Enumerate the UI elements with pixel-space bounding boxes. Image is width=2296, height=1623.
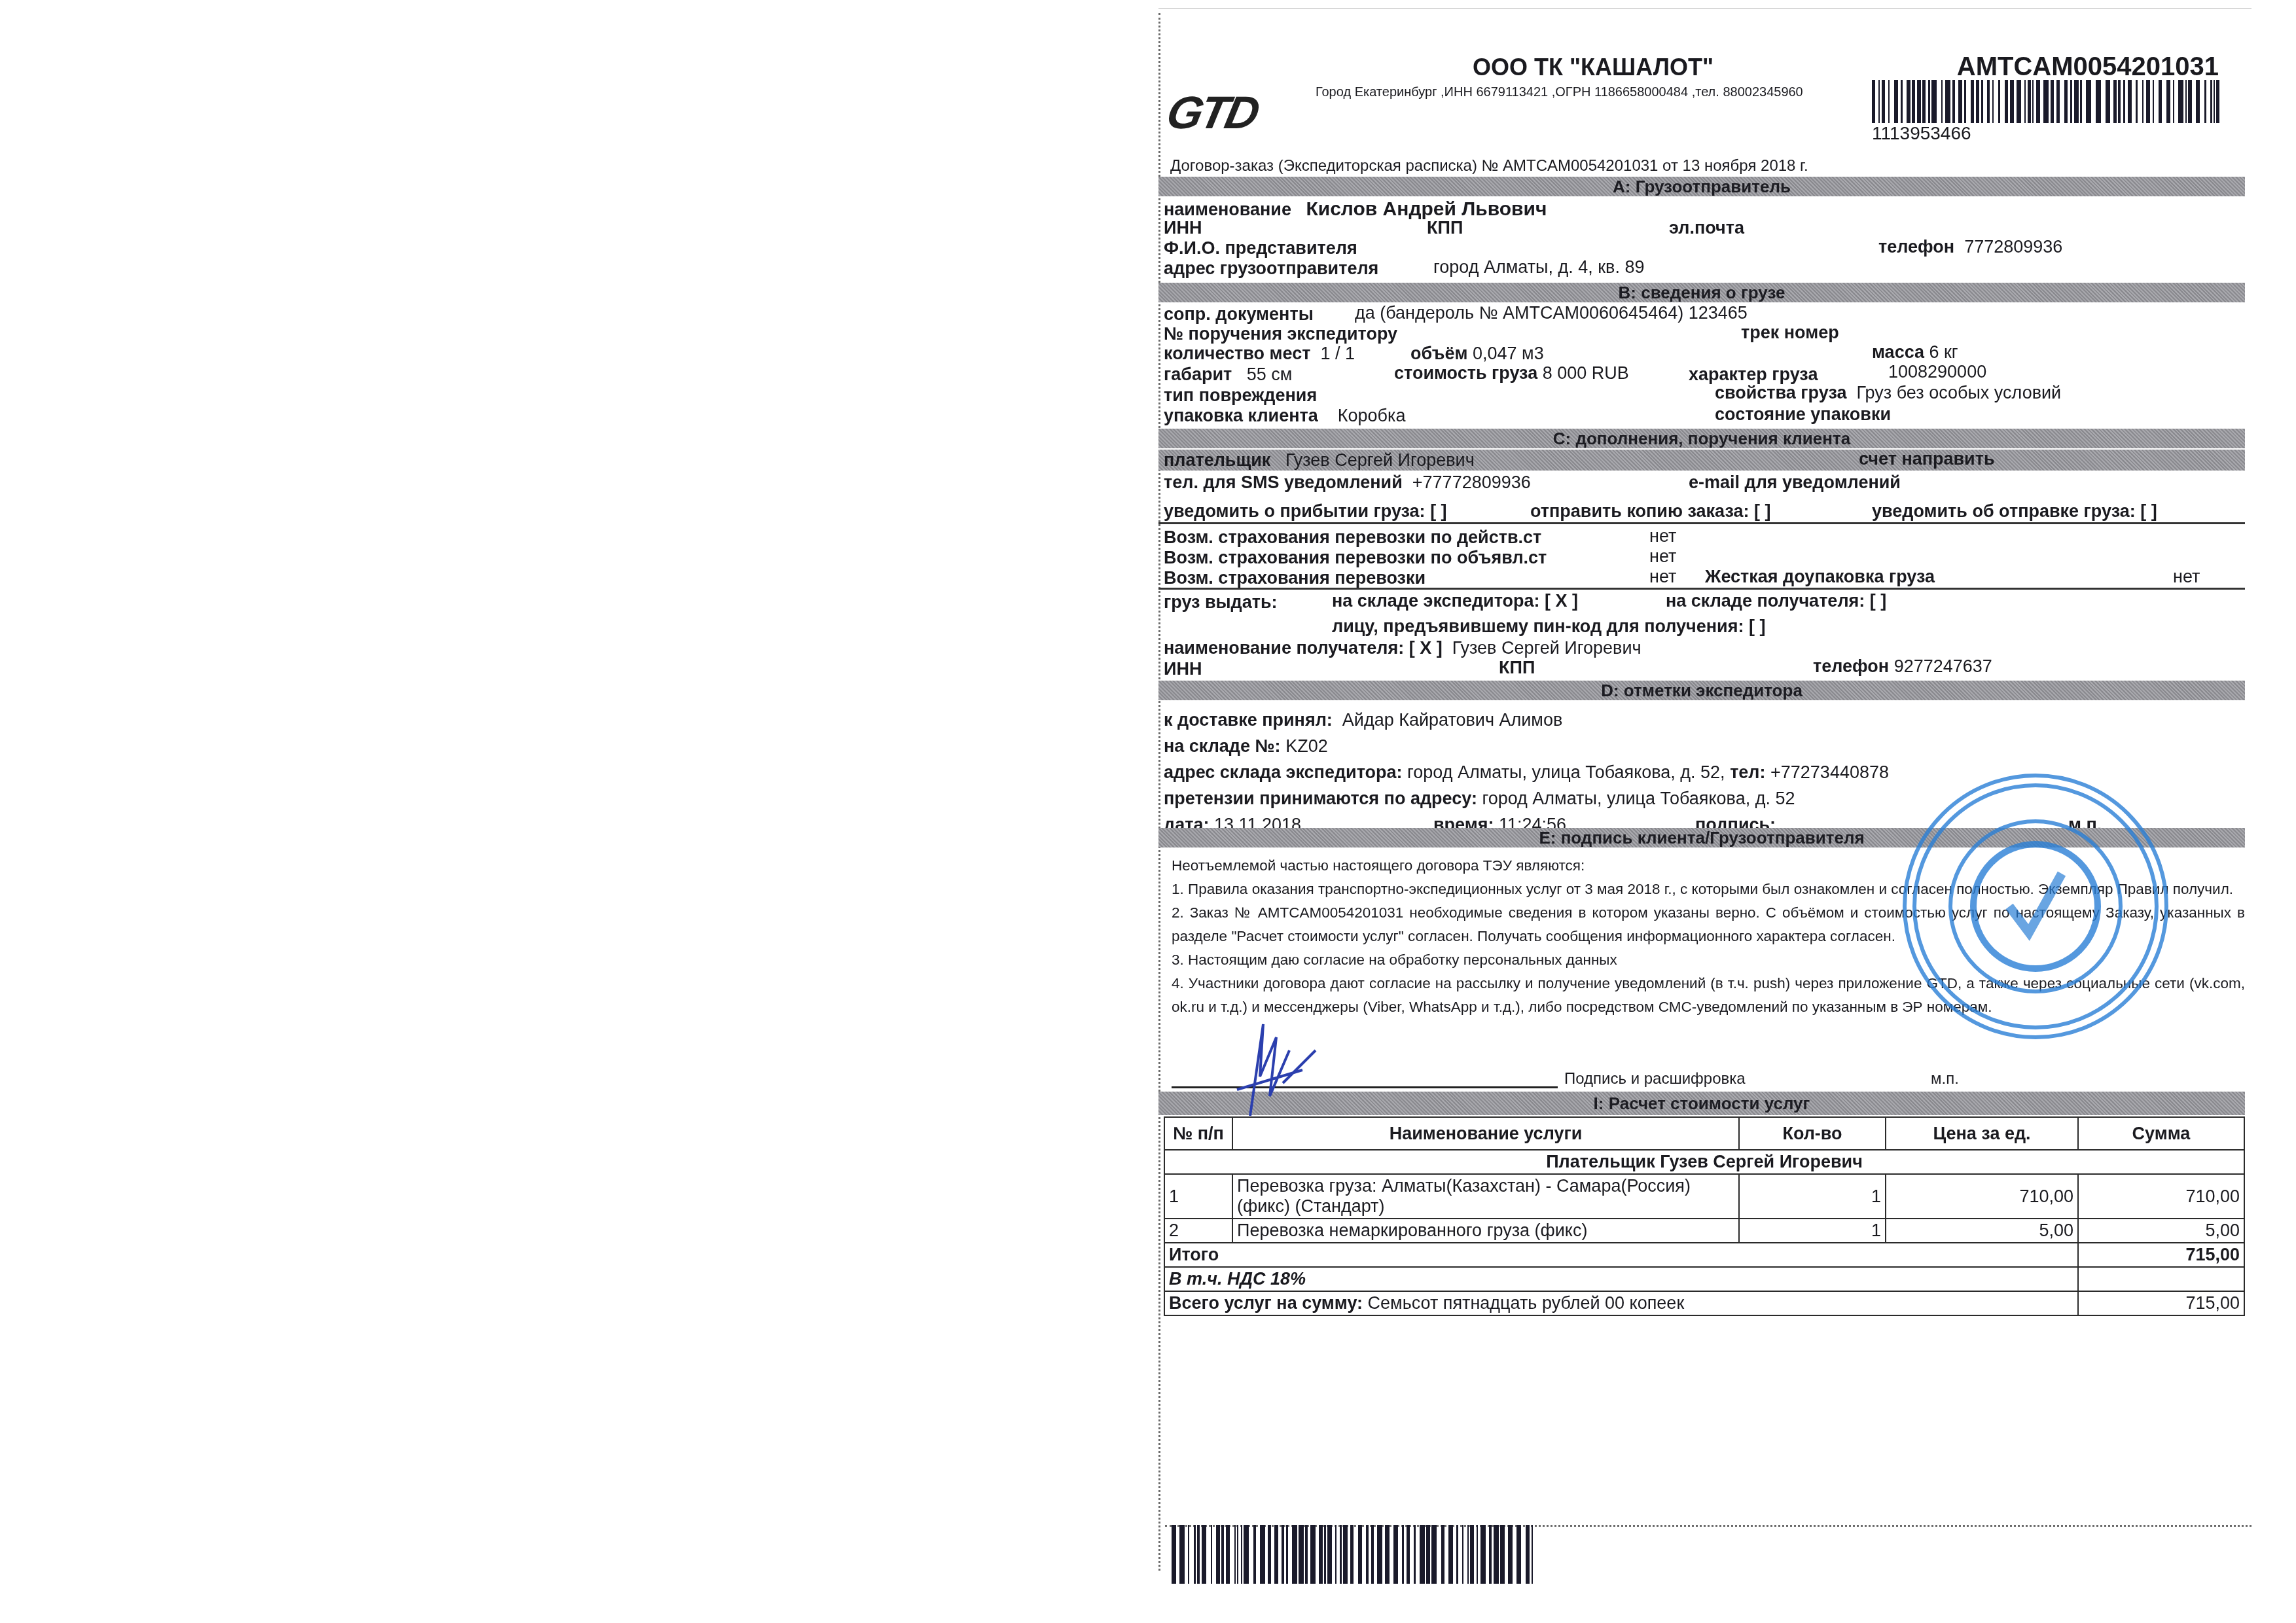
label: адрес склада экспедитора:: [1164, 762, 1403, 782]
label: состояние упаковки: [1715, 404, 1891, 425]
places-value: 1 / 1: [1320, 344, 1355, 363]
label: тип повреждения: [1164, 385, 1317, 406]
company-name: ООО ТК "КАШАЛОТ": [1473, 54, 1713, 81]
docs-value: да (бандероль № AMTCAM0060645464) 123465: [1355, 303, 1748, 323]
label: Жесткая доупаковка груза: [1705, 567, 1935, 587]
label: стоимость груза: [1394, 363, 1537, 383]
ins3-value: нет: [1649, 567, 1676, 587]
props-value: Груз без особых условий: [1857, 383, 2062, 402]
notify-arrival-label: уведомить о прибытии груза:: [1164, 501, 1426, 521]
notify-dispatch-label: уведомить об отправке груза:: [1872, 501, 2136, 521]
cell-sum: 710,00: [2078, 1174, 2244, 1219]
total-label: Итого: [1164, 1243, 2078, 1267]
label: характер груза: [1689, 365, 1818, 385]
label: тел. для SMS уведомлений: [1164, 473, 1403, 492]
shipper-address: город Алматы, д. 4, кв. 89: [1433, 257, 1644, 277]
sms-value: +77772809936: [1412, 473, 1531, 492]
cell-price: 5,00: [1886, 1219, 2078, 1243]
vat-row: В т.ч. НДС 18%: [1164, 1267, 2244, 1291]
claims-address: город Алматы, улица Тобаякова, д. 52: [1482, 789, 1795, 808]
payer-value: Гузев Сергей Игоревич: [1285, 450, 1475, 470]
cell-number: 2: [1164, 1219, 1232, 1243]
size-value: 55 см: [1247, 365, 1293, 384]
payer-row: Плательщик Гузев Сергей Игоревич: [1164, 1150, 2244, 1174]
services-table: № п/п Наименование услуги Кол-во Цена за…: [1164, 1116, 2245, 1316]
contract-line: Договор-заказ (Экспедиторская расписка) …: [1170, 157, 1808, 175]
send-copy-label: отправить копию заказа:: [1530, 501, 1749, 521]
grand-value: 715,00: [2078, 1291, 2244, 1315]
label: наименование получателя:: [1164, 638, 1404, 658]
label: тел:: [1730, 762, 1765, 782]
waybill-page: ООО ТК "КАШАЛОТ" AMTCAM0054201031 GTD Го…: [1158, 0, 2251, 1623]
ins1-value: нет: [1649, 526, 1676, 546]
signature-icon: [1224, 1011, 1322, 1122]
table-header-row: № п/п Наименование услуги Кол-во Цена за…: [1164, 1117, 2244, 1150]
barcode-icon: [1172, 1525, 1538, 1584]
recipient-value: Гузев Сергей Игоревич: [1452, 638, 1641, 658]
at-forwarder-checkbox[interactable]: [ X ]: [1545, 591, 1578, 611]
section-c-header: С: дополнения, поручения клиента: [1158, 429, 2245, 448]
label: ИНН: [1164, 218, 1202, 238]
divider: [1158, 588, 2245, 590]
cell-qty: 1: [1739, 1219, 1886, 1243]
table-row: 1 Перевозка груза: Алматы(Казахстан) - С…: [1164, 1174, 2244, 1219]
section-b-header: В: сведения о грузе: [1158, 283, 2245, 302]
barcode-icon: [1872, 80, 2225, 123]
stamp-caption: м.п.: [1931, 1070, 1959, 1088]
barcode-number: 1113953466: [1872, 123, 1971, 144]
cell-price: 710,00: [1886, 1174, 2078, 1219]
label: адрес грузоотправителя: [1164, 259, 1378, 279]
pin-checkbox[interactable]: [ ]: [1749, 616, 1765, 636]
company-stamp-icon: [1898, 769, 2173, 1044]
label: масса: [1872, 342, 1924, 362]
total-value: 715,00: [2078, 1243, 2244, 1267]
label: габарит: [1164, 365, 1232, 384]
cell-qty: 1: [1739, 1174, 1886, 1219]
send-copy-checkbox[interactable]: [ ]: [1754, 501, 1770, 521]
label: претензии принимаются по адресу:: [1164, 789, 1477, 808]
order-number: AMTCAM0054201031: [1957, 52, 2219, 82]
label: наименование: [1164, 200, 1291, 219]
label: упаковка клиента: [1164, 406, 1318, 425]
hardpack-value: нет: [2173, 567, 2200, 587]
label: телефон: [1813, 656, 1889, 676]
column-header: Сумма: [2078, 1117, 2244, 1150]
ins2-value: нет: [1649, 546, 1676, 567]
label: КПП: [1427, 218, 1463, 238]
label: Возм. страхования перевозки по действ.ст: [1164, 527, 1541, 548]
cell-number: 1: [1164, 1174, 1232, 1219]
cost-value: 8 000 RUB: [1543, 363, 1629, 383]
label: телефон: [1878, 237, 1954, 257]
label: счет направить: [1859, 449, 1995, 469]
grand-total-row: Всего услуг на сумму: Семьсот пятнадцать…: [1164, 1291, 2244, 1315]
label: объём: [1410, 344, 1468, 363]
section-a-header: А: Грузоотправитель: [1158, 177, 2245, 196]
label: Возм. страхования перевозки: [1164, 568, 1426, 588]
label: к доставке принял:: [1164, 710, 1333, 730]
page-edge: [1158, 8, 2251, 9]
total-row: Итого 715,00: [1164, 1243, 2244, 1267]
label: КПП: [1499, 658, 1535, 678]
label: ИНН: [1164, 659, 1202, 679]
label: на складе получателя:: [1666, 591, 1865, 611]
label: груз выдать:: [1164, 592, 1278, 613]
table-row: 2 Перевозка немаркированного груза (фикс…: [1164, 1219, 2244, 1243]
label: эл.почта: [1669, 218, 1744, 238]
label: количество мест: [1164, 344, 1310, 363]
shipper-name: Кислов Андрей Львович: [1306, 198, 1547, 220]
recipient-phone: 9277247637: [1894, 656, 1992, 676]
warehouse-address: город Алматы, улица Тобаякова, д. 52,: [1407, 762, 1725, 782]
grand-words: Семьсот пятнадцать рублей 00 копеек: [1368, 1293, 1685, 1313]
shipper-phone: 7772809936: [1964, 237, 2062, 257]
label: Возм. страхования перевозки по объявл.ст: [1164, 548, 1547, 568]
label: трек номер: [1741, 323, 1839, 343]
label: сопр. документы: [1164, 304, 1314, 325]
label: Ф.И.О. представителя: [1164, 238, 1357, 259]
perforation-line: [1158, 13, 1160, 1571]
pack-value: Коробка: [1338, 406, 1406, 425]
at-recipient-checkbox[interactable]: [ ]: [1870, 591, 1886, 611]
nature-value: 1008290000: [1888, 362, 1986, 382]
column-header: Цена за ед.: [1886, 1117, 2078, 1150]
notify-dispatch-checkbox[interactable]: [ ]: [2140, 501, 2157, 521]
cell-service: Перевозка немаркированного груза (фикс): [1232, 1219, 1739, 1243]
divider: [1158, 522, 2245, 524]
cell-sum: 5,00: [2078, 1219, 2244, 1243]
vat-value: [2078, 1267, 2244, 1291]
volume-value: 0,047 м3: [1473, 344, 1544, 363]
cell-service: Перевозка груза: Алматы(Казахстан) - Сам…: [1232, 1174, 1739, 1219]
recipient-checkbox[interactable]: [ X ]: [1409, 638, 1443, 658]
label: на складе №:: [1164, 736, 1281, 756]
grand-label: Всего услуг на сумму:: [1169, 1293, 1363, 1313]
column-header: Кол-во: [1739, 1117, 1886, 1150]
label: свойства груза: [1715, 383, 1846, 402]
mass-value: 6 кг: [1929, 342, 1958, 362]
warehouse-value: KZ02: [1285, 736, 1328, 756]
label: на складе экспедитора:: [1332, 591, 1540, 611]
vat-label: В т.ч. НДС 18%: [1164, 1267, 2078, 1291]
notify-arrival-checkbox[interactable]: [ ]: [1430, 501, 1446, 521]
column-header: № п/п: [1164, 1117, 1232, 1150]
section-d-header: D: отметки экспедитора: [1158, 681, 2245, 700]
label: № поручения экспедитору: [1164, 324, 1397, 344]
label: лицу, предъявившему пин-код для получени…: [1332, 616, 1744, 636]
warehouse-phone: +77273440878: [1770, 762, 1889, 782]
label: плательщик: [1164, 450, 1270, 470]
gtd-logo: GTD: [1162, 86, 1262, 139]
sign-caption: Подпись и расшифровка: [1564, 1070, 1746, 1088]
accepted-value: Айдар Кайратович Алимов: [1342, 710, 1563, 730]
label: e-mail для уведомлений: [1689, 473, 1901, 493]
company-info: Город Екатеринбург ,ИНН 6679113421 ,ОГРН…: [1316, 85, 1803, 100]
